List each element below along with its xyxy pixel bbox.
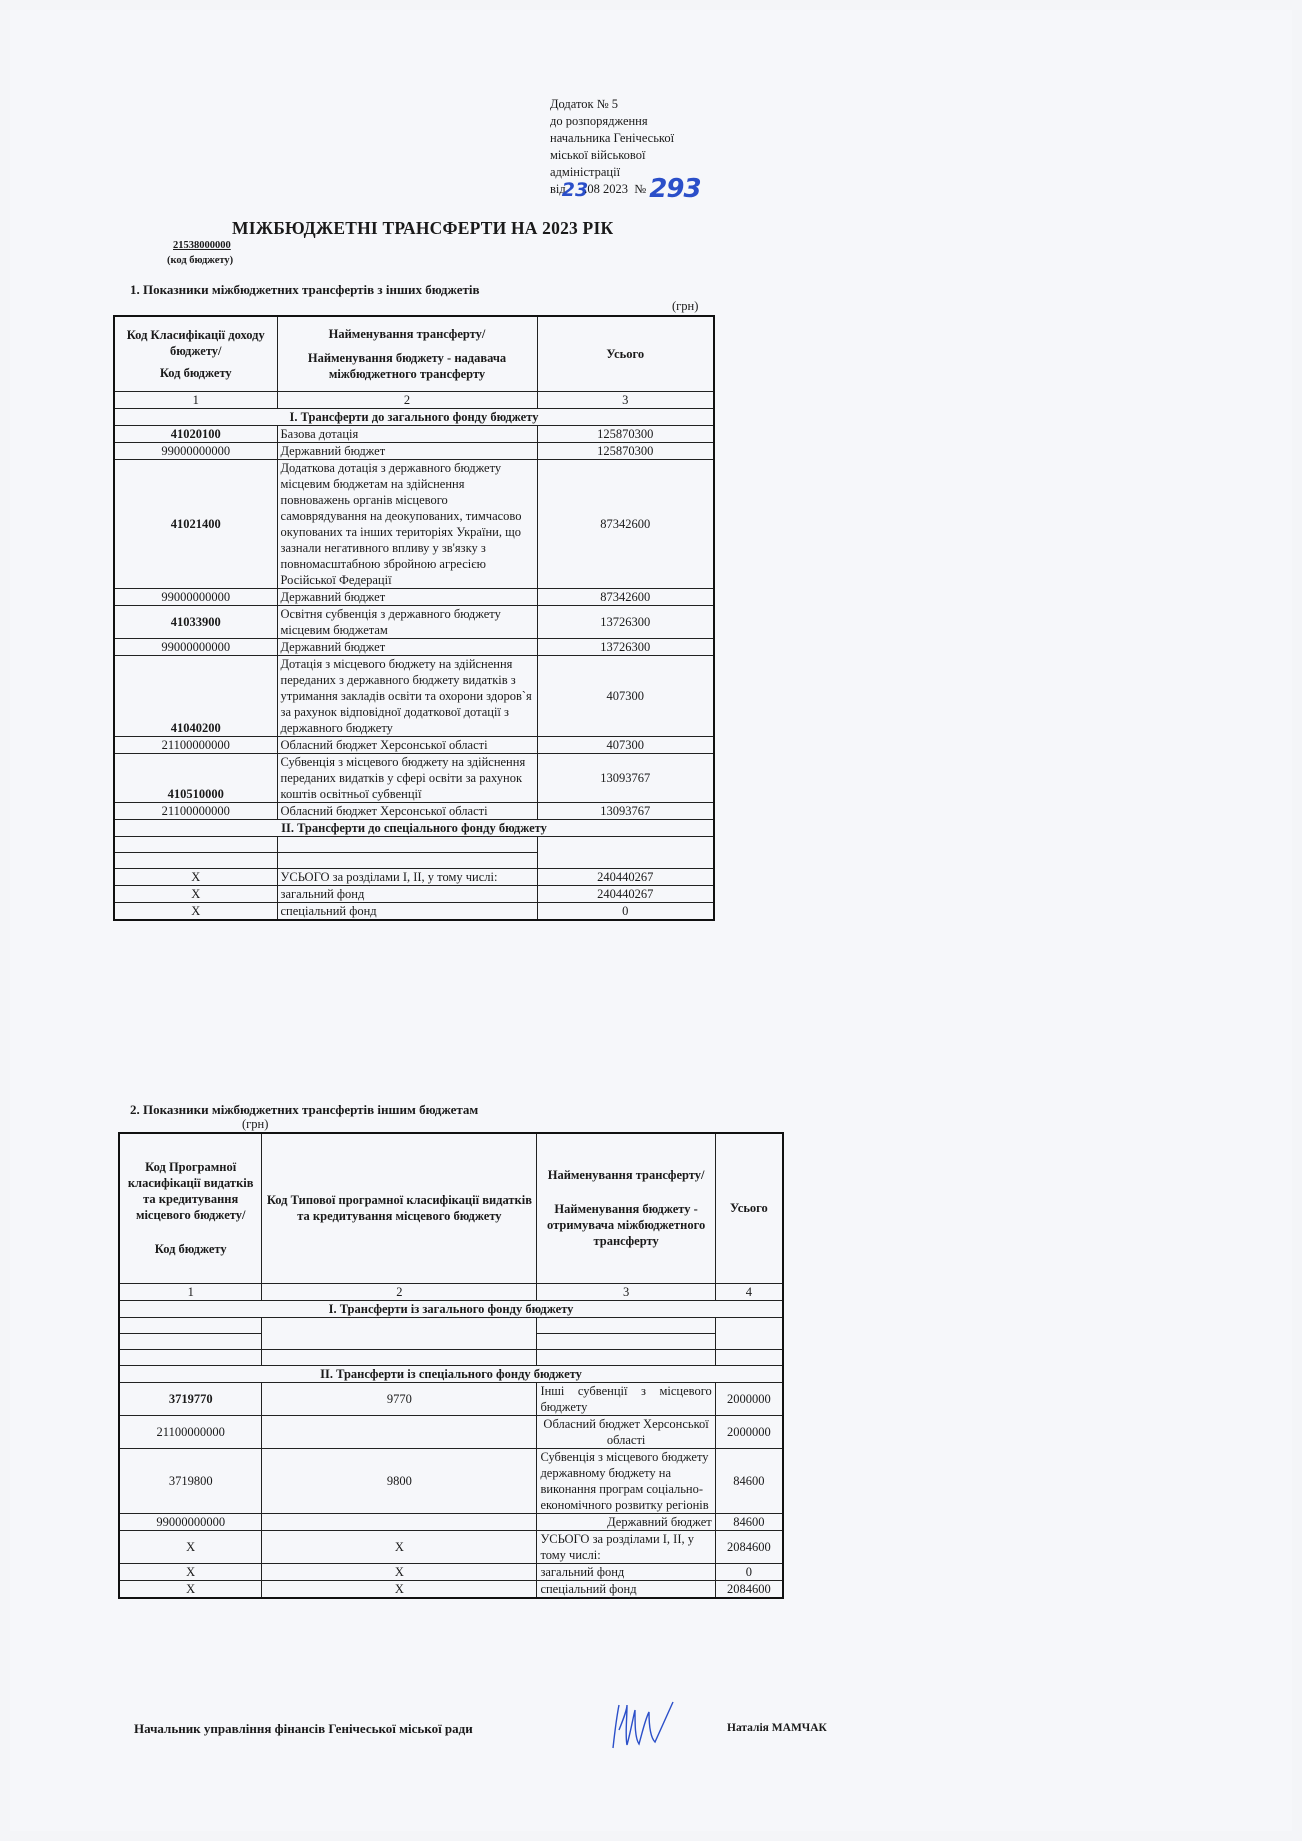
header-text: Найменування бюджету - отримувача міжбюд… xyxy=(540,1201,711,1249)
transfer-total: 125870300 xyxy=(537,425,714,442)
table-row: 41021400Додаткова дотація з державного б… xyxy=(114,459,714,588)
income-code: 410510000 xyxy=(114,753,277,802)
transfer-name: Державний бюджет xyxy=(277,588,537,605)
total-row: Xзагальний фонд240440267 xyxy=(114,885,714,902)
section1-title: 1. Показники міжбюджетних трансфертів з … xyxy=(130,282,480,298)
table-row: 37197709770Інші субвенції з місцевого бю… xyxy=(119,1382,783,1415)
outgoing-transfers-table: Код Програмної класифікації видатків та … xyxy=(118,1132,784,1599)
program-code: 99000000000 xyxy=(119,1513,262,1530)
table-row: 99000000000Державний бюджет87342600 xyxy=(114,588,714,605)
transfer-total: 13093767 xyxy=(537,802,714,819)
transfer-total: 2000000 xyxy=(715,1415,783,1448)
typical-code xyxy=(262,1513,537,1530)
table-row: 99000000000Державний бюджет13726300 xyxy=(114,638,714,655)
total-row: XXУСЬОГО за розділами І, ІІ, у тому числ… xyxy=(119,1530,783,1563)
empty-cell xyxy=(537,836,714,868)
transfer-total: 13093767 xyxy=(537,753,714,802)
table-row: 41040200Дотація з місцевого бюджету на з… xyxy=(114,655,714,736)
incoming-transfers-table: Код Класифікації доходу бюджету/ Код бюд… xyxy=(113,315,715,921)
budget-code-label: (код бюджету) xyxy=(167,255,233,266)
empty-row xyxy=(114,836,714,852)
empty-row xyxy=(119,1349,783,1365)
group-title: І. Трансферти із загального фонду бюджет… xyxy=(119,1300,783,1317)
annex-date-line: від23.08 2023 № 293 xyxy=(550,181,701,199)
group-title: ІІ. Трансферти із спеціального фонду бюд… xyxy=(119,1365,783,1382)
transfer-name: Державний бюджет xyxy=(537,1513,715,1530)
total-label: спеціальний фонд xyxy=(537,1580,715,1598)
empty-cell xyxy=(715,1317,783,1349)
header-col3: Усього xyxy=(537,316,714,391)
empty-cell xyxy=(119,1333,262,1349)
table-row: 99000000000Державний бюджет84600 xyxy=(119,1513,783,1530)
total-row: XXспеціальний фонд2084600 xyxy=(119,1580,783,1598)
total-code: X xyxy=(114,868,277,885)
total-value: 240440267 xyxy=(537,868,714,885)
budget-code: 21538000000 xyxy=(173,240,231,251)
header-col2: Найменування трансферту/ Найменування бю… xyxy=(277,316,537,391)
empty-cell xyxy=(262,1349,537,1365)
group-title-row: ІІ. Трансферти із спеціального фонду бюд… xyxy=(119,1365,783,1382)
transfer-name: Субвенція з місцевого бюджету державному… xyxy=(537,1448,715,1513)
transfer-name: Додаткова дотація з державного бюджету м… xyxy=(277,459,537,588)
table-row: 410510000Субвенція з місцевого бюджету н… xyxy=(114,753,714,802)
group-title-row: І. Трансферти із загального фонду бюджет… xyxy=(119,1300,783,1317)
total-label: загальний фонд xyxy=(277,885,537,902)
header-text: Найменування трансферту/ xyxy=(281,326,534,342)
annex-line: до розпорядження xyxy=(550,113,701,130)
transfer-total: 13726300 xyxy=(537,605,714,638)
transfer-name: Обласний бюджет Херсонської області xyxy=(277,736,537,753)
transfer-name: Обласний бюджет Херсонської області xyxy=(277,802,537,819)
document-title: МІЖБЮДЖЕТНІ ТРАНСФЕРТИ НА 2023 РІК xyxy=(232,218,613,239)
transfer-total: 84600 xyxy=(715,1513,783,1530)
total-row: Xспеціальний фонд0 xyxy=(114,902,714,920)
typical-code xyxy=(262,1415,537,1448)
annex-line: міської військової xyxy=(550,147,701,164)
total-row: XXзагальний фонд0 xyxy=(119,1563,783,1580)
total-row: XУСЬОГО за розділами І, ІІ, у тому числі… xyxy=(114,868,714,885)
section2-title: 2. Показники міжбюджетних трансфертів ін… xyxy=(130,1102,478,1118)
empty-cell xyxy=(119,1317,262,1333)
header-text: Найменування бюджету - надавача міжбюдже… xyxy=(281,350,534,382)
empty-cell xyxy=(715,1349,783,1365)
transfer-name: Освітня субвенція з державного бюджету м… xyxy=(277,605,537,638)
total-value: 2084600 xyxy=(715,1580,783,1598)
column-number: 2 xyxy=(277,391,537,408)
table-header-row: Код Класифікації доходу бюджету/ Код бюд… xyxy=(114,316,714,391)
total-label: загальний фонд xyxy=(537,1563,715,1580)
group-title-row: ІІ. Трансферти до спеціального фонду бюд… xyxy=(114,819,714,836)
total-code: X xyxy=(119,1580,262,1598)
empty-cell xyxy=(114,852,277,868)
column-number: 3 xyxy=(537,1283,715,1300)
program-code: 3719770 xyxy=(119,1382,262,1415)
total-typical-code: X xyxy=(262,1563,537,1580)
column-number: 1 xyxy=(114,391,277,408)
total-typical-code: X xyxy=(262,1530,537,1563)
header-text: Найменування трансферту/ xyxy=(540,1167,711,1183)
total-label: УСЬОГО за розділами І, ІІ, у тому числі: xyxy=(277,868,537,885)
budget-code-cell: 21100000000 xyxy=(114,802,277,819)
table-row: 21100000000Обласний бюджет Херсонської о… xyxy=(119,1415,783,1448)
empty-cell xyxy=(537,1333,715,1349)
section1-unit: (грн) xyxy=(672,299,698,314)
transfer-total: 84600 xyxy=(715,1448,783,1513)
column-number: 1 xyxy=(119,1283,262,1300)
table-row: 41020100Базова дотація125870300 xyxy=(114,425,714,442)
transfer-name: Обласний бюджет Херсонської області xyxy=(537,1415,715,1448)
transfer-name: Дотація з місцевого бюджету на здійсненн… xyxy=(277,655,537,736)
total-code: X xyxy=(119,1563,262,1580)
typical-code: 9800 xyxy=(262,1448,537,1513)
table-row: 37198009800Субвенція з місцевого бюджету… xyxy=(119,1448,783,1513)
table-row: 99000000000Державний бюджет125870300 xyxy=(114,442,714,459)
column-number: 4 xyxy=(715,1283,783,1300)
header-col4: Усього xyxy=(715,1133,783,1283)
budget-code-cell: 99000000000 xyxy=(114,638,277,655)
signatory-name: Наталія МАМЧАК xyxy=(727,1722,827,1734)
table-row: 41033900Освітня субвенція з державного б… xyxy=(114,605,714,638)
transfer-total: 87342600 xyxy=(537,588,714,605)
number-prefix: № xyxy=(634,182,646,196)
total-value: 0 xyxy=(537,902,714,920)
total-label: УСЬОГО за розділами І, ІІ, у тому числі: xyxy=(537,1530,715,1563)
empty-row xyxy=(119,1317,783,1333)
group-title: І. Трансферти до загального фонду бюджет… xyxy=(114,408,714,425)
transfer-name: Базова дотація xyxy=(277,425,537,442)
income-code: 41033900 xyxy=(114,605,277,638)
budget-code-cell: 99000000000 xyxy=(114,442,277,459)
signatory-position: Начальник управління фінансів Генічесько… xyxy=(134,1721,473,1737)
document-page: Додаток № 5 до розпорядження начальника … xyxy=(10,10,1292,1831)
transfer-total: 87342600 xyxy=(537,459,714,588)
transfer-total: 125870300 xyxy=(537,442,714,459)
handwritten-number: 293 xyxy=(649,174,700,204)
transfer-total: 407300 xyxy=(537,655,714,736)
section2-unit: (грн) xyxy=(242,1117,268,1132)
transfer-total: 13726300 xyxy=(537,638,714,655)
transfer-name: Державний бюджет xyxy=(277,638,537,655)
transfer-name: Державний бюджет xyxy=(277,442,537,459)
table-header-row: Код Програмної класифікації видатків та … xyxy=(119,1133,783,1283)
total-value: 240440267 xyxy=(537,885,714,902)
budget-code-cell: 99000000000 xyxy=(114,588,277,605)
total-typical-code: X xyxy=(262,1580,537,1598)
column-number: 2 xyxy=(262,1283,537,1300)
transfer-total: 2000000 xyxy=(715,1382,783,1415)
group-title: ІІ. Трансферти до спеціального фонду бюд… xyxy=(114,819,714,836)
income-code: 41040200 xyxy=(114,655,277,736)
annex-line: Додаток № 5 xyxy=(550,96,701,113)
header-col2: Код Типової програмної класифікації вида… xyxy=(262,1133,537,1283)
header-col1: Код Програмної класифікації видатків та … xyxy=(119,1133,262,1283)
program-code: 21100000000 xyxy=(119,1415,262,1448)
total-code: X xyxy=(114,885,277,902)
header-col3: Найменування трансферту/ Найменування бю… xyxy=(537,1133,715,1283)
total-value: 2084600 xyxy=(715,1530,783,1563)
empty-cell xyxy=(277,836,537,852)
empty-cell xyxy=(537,1349,715,1365)
transfer-name: Субвенція з місцевого бюджету на здійсне… xyxy=(277,753,537,802)
header-col1: Код Класифікації доходу бюджету/ Код бюд… xyxy=(114,316,277,391)
total-code: X xyxy=(114,902,277,920)
empty-cell xyxy=(262,1317,537,1349)
group-title-row: І. Трансферти до загального фонду бюджет… xyxy=(114,408,714,425)
total-code: X xyxy=(119,1530,262,1563)
column-number: 3 xyxy=(537,391,714,408)
empty-cell xyxy=(119,1349,262,1365)
date-rest: .08 2023 xyxy=(584,182,628,196)
header-text: Код Програмної класифікації видатків та … xyxy=(123,1159,258,1223)
typical-code: 9770 xyxy=(262,1382,537,1415)
column-number-row: 1234 xyxy=(119,1283,783,1300)
signature-icon xyxy=(605,1700,675,1755)
budget-code-cell: 21100000000 xyxy=(114,736,277,753)
empty-cell xyxy=(114,836,277,852)
annex-block: Додаток № 5 до розпорядження начальника … xyxy=(550,96,701,199)
total-label: спеціальний фонд xyxy=(277,902,537,920)
transfer-total: 407300 xyxy=(537,736,714,753)
header-text: Код бюджету xyxy=(123,1241,258,1257)
table-row: 21100000000Обласний бюджет Херсонської о… xyxy=(114,802,714,819)
header-text: Код бюджету xyxy=(118,365,274,381)
total-value: 0 xyxy=(715,1563,783,1580)
empty-cell xyxy=(277,852,537,868)
empty-cell xyxy=(537,1317,715,1333)
table-row: 21100000000Обласний бюджет Херсонської о… xyxy=(114,736,714,753)
header-text: Код Класифікації доходу бюджету/ xyxy=(118,327,274,359)
income-code: 41021400 xyxy=(114,459,277,588)
income-code: 41020100 xyxy=(114,425,277,442)
program-code: 3719800 xyxy=(119,1448,262,1513)
transfer-name: Інші субвенції з місцевого бюджету xyxy=(537,1382,715,1415)
annex-line: начальника Генічеської xyxy=(550,130,701,147)
column-number-row: 123 xyxy=(114,391,714,408)
